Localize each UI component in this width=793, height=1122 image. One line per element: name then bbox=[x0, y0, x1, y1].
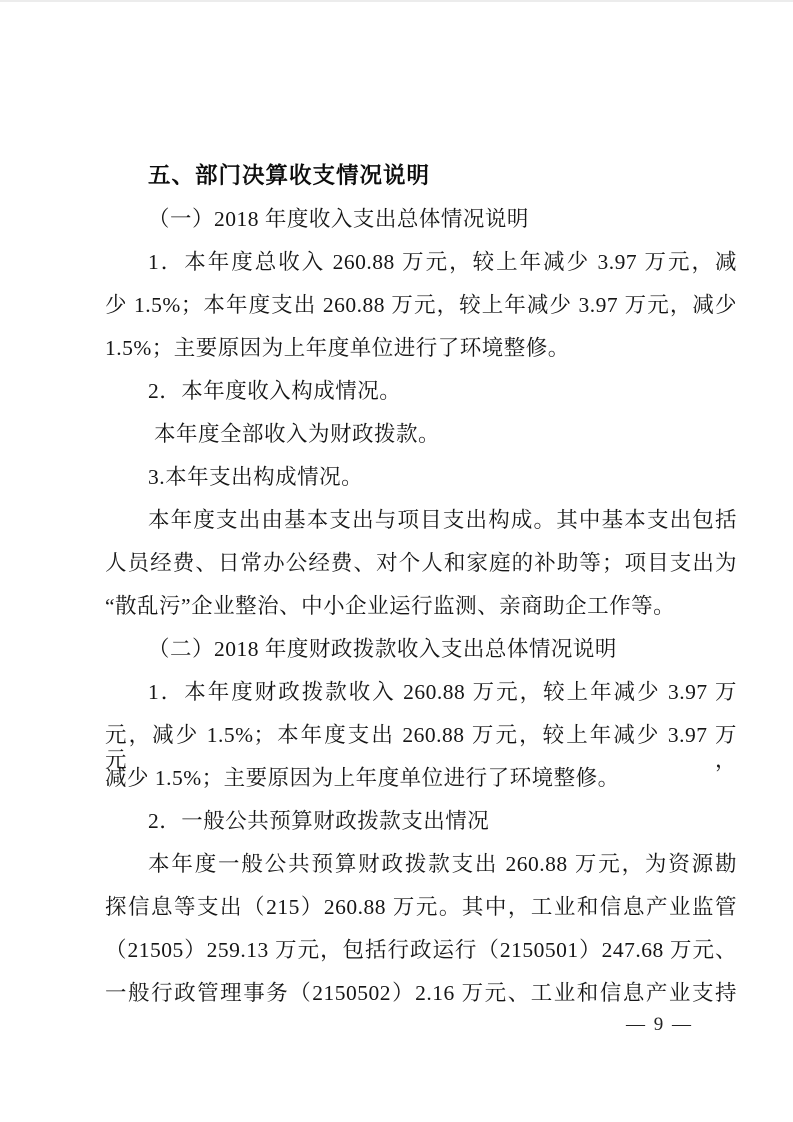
body-line: 2．本年度收入构成情况。 bbox=[105, 379, 737, 404]
subsection-heading-1: （一）2018 年度收入支出总体情况说明 bbox=[105, 207, 737, 232]
body-line: 减少 1.5%；主要原因为上年度单位进行了环境整修。 bbox=[105, 766, 737, 791]
document-page: 五、部门决算收支情况说明 （一）2018 年度收入支出总体情况说明 1．本年度总… bbox=[0, 0, 793, 1122]
body-line: 本年度支出由基本支出与项目支出构成。其中基本支出包括 bbox=[105, 508, 737, 533]
body-line: 探信息等支出（215）260.88 万元。其中，工业和信息产业监管 bbox=[105, 895, 737, 920]
body-line: （21505）259.13 万元，包括行政运行（2150501）247.68 万… bbox=[105, 938, 737, 963]
body-line: 1.5%；主要原因为上年度单位进行了环境整修。 bbox=[105, 336, 737, 361]
subsection-heading-2: （二）2018 年度财政拨款收入支出总体情况说明 bbox=[105, 637, 737, 662]
section-heading: 五、部门决算收支情况说明 bbox=[105, 163, 737, 189]
body-line: 1．本年度总收入 260.88 万元，较上年减少 3.97 万元，减 bbox=[105, 250, 737, 275]
body-line: 本年度全部收入为财政拨款。 bbox=[105, 422, 737, 447]
body-line: 少 1.5%；本年度支出 260.88 万元，较上年减少 3.97 万元，减少 bbox=[105, 293, 737, 318]
body-line: 一般行政管理事务（2150502）2.16 万元、工业和信息产业支持 bbox=[105, 981, 737, 1006]
body-line: “散乱污”企业整治、中小企业运行监测、亲商助企工作等。 bbox=[105, 594, 737, 619]
body-line: 2．一般公共预算财政拨款支出情况 bbox=[105, 809, 737, 834]
body-line: 3.本年支出构成情况。 bbox=[105, 465, 737, 490]
page-number: — 9 — bbox=[626, 1014, 693, 1036]
body-line: 1．本年度财政拨款收入 260.88 万元，较上年减少 3.97 万 bbox=[105, 680, 737, 705]
body-line: 本年度一般公共预算财政拨款支出 260.88 万元，为资源勘 bbox=[105, 852, 737, 877]
body-line: 人员经费、日常办公经费、对个人和家庭的补助等；项目支出为 bbox=[105, 551, 737, 576]
